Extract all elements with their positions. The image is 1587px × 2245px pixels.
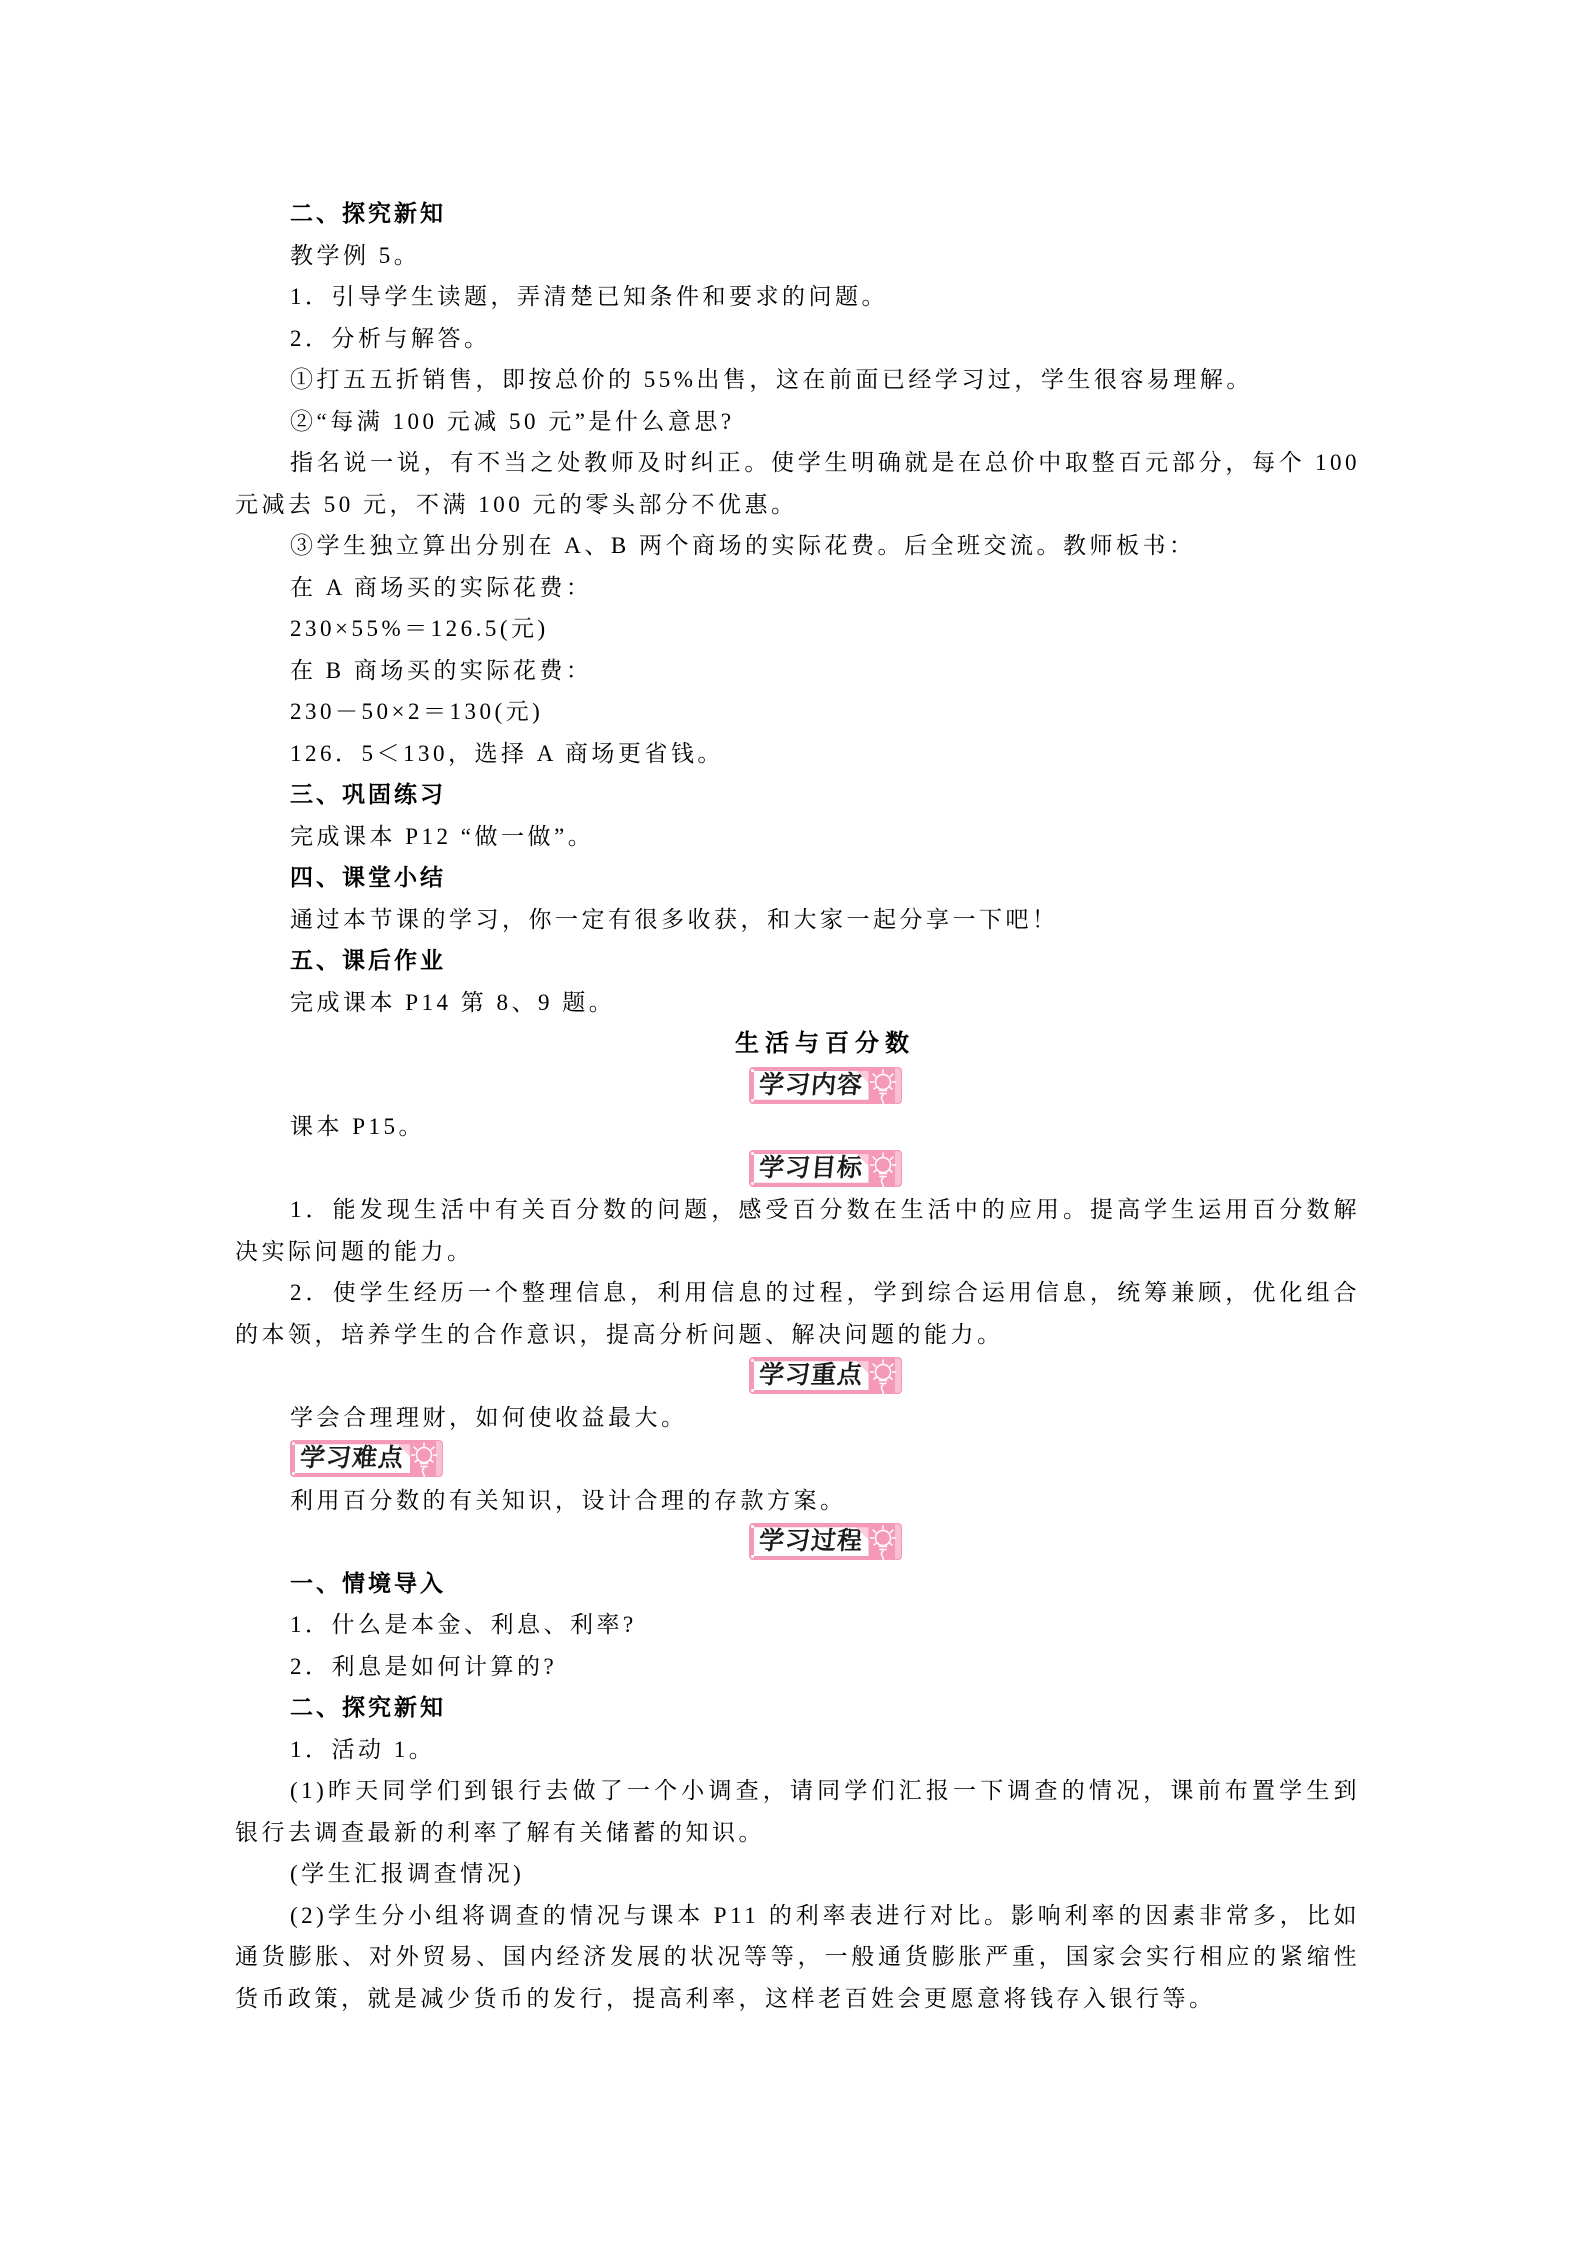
paragraph: 在 B 商场买的实际花费： — [235, 650, 1360, 692]
document-page: 二、探究新知教学例 5。1．引导学生读题，弄清楚已知条件和要求的问题。2．分析与… — [0, 0, 1587, 2245]
paragraph: 指名说一说，有不当之处教师及时纠正。使学生明确就是在总价中取整百元部分，每个 1… — [235, 442, 1360, 525]
lightbulb-icon — [408, 1442, 440, 1488]
paragraph: (1)昨天同学们到银行去做了一个小调查，请同学们汇报一下调查的情况，课前布置学生… — [235, 1770, 1360, 1853]
document-body: 二、探究新知教学例 5。1．引导学生读题，弄清楚已知条件和要求的问题。2．分析与… — [235, 193, 1360, 2019]
section-heading: 二、探究新知 — [235, 1687, 1360, 1729]
badge-study-goals: 学习目标 — [749, 1150, 902, 1187]
paragraph: ③学生独立算出分别在 A、B 两个商场的实际花费。后全班交流。教师板书： — [235, 525, 1360, 567]
paragraph: 在 A 商场买的实际花费： — [235, 567, 1360, 609]
section-heading: 五、课后作业 — [235, 940, 1360, 982]
paragraph: (学生汇报调查情况) — [235, 1853, 1360, 1895]
paragraph: 1．能发现生活中有关百分数的问题，感受百分数在生活中的应用。提高学生运用百分数解… — [235, 1189, 1360, 1272]
badge-dot — [751, 1182, 754, 1185]
lesson-title: 生活与百分数 — [235, 1023, 1360, 1065]
paragraph: 126．5＜130，选择 A 商场更省钱。 — [235, 733, 1360, 775]
badge-dot — [751, 1359, 754, 1362]
badge-dot — [292, 1472, 295, 1475]
badge-dot — [751, 1389, 754, 1392]
badge-study-difficulties: 学习难点 — [290, 1440, 443, 1477]
badge-panel: 学习内容 — [754, 1071, 869, 1100]
badge-dot — [751, 1099, 754, 1102]
badge-panel: 学习重点 — [754, 1361, 869, 1390]
badge-dot — [292, 1442, 295, 1445]
paragraph: 1．引导学生读题，弄清楚已知条件和要求的问题。 — [235, 276, 1360, 318]
badge-label: 学习过程 — [758, 1529, 864, 1554]
badge-study-content: 学习内容 — [749, 1067, 902, 1104]
paragraph: 1．活动 1。 — [235, 1729, 1360, 1771]
badge-line: 学习难点 — [235, 1438, 1360, 1480]
paragraph: 课本 P15。 — [235, 1106, 1360, 1148]
section-heading: 一、情境导入 — [235, 1563, 1360, 1605]
section-heading: 二、探究新知 — [235, 193, 1360, 235]
lightbulb-icon — [867, 1525, 899, 1571]
paragraph: 利用百分数的有关知识，设计合理的存款方案。 — [235, 1480, 1360, 1522]
section-heading: 三、巩固练习 — [235, 774, 1360, 816]
paragraph: (2)学生分小组将调查的情况与课本 P11 的利率表进行对比。影响利率的因素非常… — [235, 1895, 1360, 2020]
paragraph: 通过本节课的学习，你一定有很多收获，和大家一起分享一下吧！ — [235, 899, 1360, 941]
badge-line: 学习内容 — [235, 1065, 1360, 1107]
badge-label: 学习内容 — [758, 1073, 864, 1098]
badge-line: 学习重点 — [235, 1355, 1360, 1397]
paragraph: 完成课本 P14 第 8、9 题。 — [235, 982, 1360, 1024]
badge-dot — [751, 1152, 754, 1155]
badge-dot — [751, 1525, 754, 1528]
paragraph: 2．使学生经历一个整理信息，利用信息的过程，学到综合运用信息，统筹兼顾，优化组合… — [235, 1272, 1360, 1355]
paragraph: 2．分析与解答。 — [235, 318, 1360, 360]
section-heading: 四、课堂小结 — [235, 857, 1360, 899]
paragraph: 230×55%＝126.5(元) — [235, 608, 1360, 650]
paragraph: 完成课本 P12 “做一做”。 — [235, 816, 1360, 858]
badge-dot — [751, 1555, 754, 1558]
badge-panel: 学习难点 — [295, 1444, 410, 1473]
paragraph: ①打五五折销售，即按总价的 55%出售，这在前面已经学习过，学生很容易理解。 — [235, 359, 1360, 401]
paragraph: 2．利息是如何计算的? — [235, 1646, 1360, 1688]
badge-label: 学习重点 — [758, 1363, 864, 1388]
badge-panel: 学习目标 — [754, 1154, 869, 1183]
lightbulb-icon — [867, 1359, 899, 1405]
badge-study-key-points: 学习重点 — [749, 1357, 902, 1394]
lightbulb-icon — [867, 1152, 899, 1198]
badge-dot — [751, 1069, 754, 1072]
badge-line: 学习目标 — [235, 1148, 1360, 1190]
badge-line: 学习过程 — [235, 1521, 1360, 1563]
paragraph: 1．什么是本金、利息、利率? — [235, 1604, 1360, 1646]
paragraph: 230－50×2＝130(元) — [235, 691, 1360, 733]
paragraph: 学会合理理财，如何使收益最大。 — [235, 1397, 1360, 1439]
badge-study-process: 学习过程 — [749, 1523, 902, 1560]
paragraph: 教学例 5。 — [235, 235, 1360, 277]
paragraph: ②“每满 100 元减 50 元”是什么意思? — [235, 401, 1360, 443]
badge-label: 学习难点 — [299, 1446, 405, 1471]
badge-panel: 学习过程 — [754, 1527, 869, 1556]
lightbulb-icon — [867, 1069, 899, 1115]
badge-label: 学习目标 — [758, 1156, 864, 1181]
